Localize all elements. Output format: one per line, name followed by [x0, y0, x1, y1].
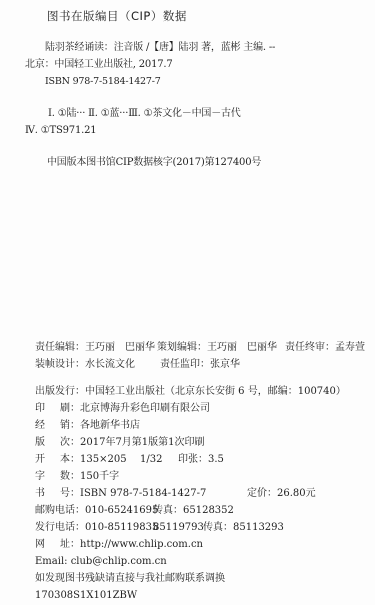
pub-value: 150千字	[80, 471, 119, 483]
pub-label: 邮购电话：	[35, 505, 85, 517]
pub-row-distributor: 出版发行： 中国轻工业出版社（北京东长安街 6 号，邮编：100740）	[35, 386, 346, 398]
pub-notice: 如发现图书残缺请直接与我社邮购联系调换	[35, 573, 225, 585]
pub-row-distribution-phone: 发行电话： 010-85119835 85119793 传真：85113293	[35, 522, 284, 534]
pub-email: Email: club@chlip.com.cn	[35, 556, 167, 568]
credits-row-2: 装帧设计： 水长流文化 责任监印： 张京华	[35, 359, 240, 371]
print-supervisor-label: 责任监印：	[160, 359, 210, 371]
pub-row-website: 网址： http://www.chlip.com.cn	[35, 539, 203, 551]
pub-label: 书号：	[35, 488, 80, 500]
pub-label: 网址：	[35, 539, 80, 551]
pub-fax: 传真：85113293	[203, 522, 284, 534]
pub-value: 2017年7月第1版第1次印刷	[80, 437, 205, 449]
credits-row-1: 责任编辑： 王巧丽 巴丽华 策划编辑： 王巧丽 巴丽华 责任终审： 孟寿萱	[35, 342, 365, 354]
pub-phone-2: 85119793	[153, 522, 203, 534]
pub-value: ISBN 978-7-5184-1427-7	[80, 488, 247, 500]
pub-sheets: 印张：3.5	[178, 454, 224, 466]
pub-row-seller: 经销： 各地新华书店	[35, 420, 140, 432]
final-review-value: 孟寿萱	[335, 342, 365, 354]
pub-fax: 传真：65128352	[153, 505, 234, 517]
pub-value: 北京博海升彩色印刷有限公司	[80, 403, 210, 415]
pub-label: 发行电话：	[35, 522, 85, 534]
planner-value: 王巧丽 巴丽华	[207, 342, 285, 354]
pub-price: 定价：26.80元	[247, 488, 316, 500]
pub-row-printer: 印刷： 北京博海升彩色印刷有限公司	[35, 403, 210, 415]
cip-classification-2: Ⅳ. ①TS971.21	[25, 125, 96, 137]
pub-format-size: 1/32	[140, 454, 178, 466]
pub-row-mail-order: 邮购电话： 010-65241695 传真：65128352	[35, 505, 234, 517]
design-label: 装帧设计：	[35, 359, 85, 371]
final-review-label: 责任终审：	[285, 342, 335, 354]
editor-label: 责任编辑：	[35, 342, 85, 354]
editor-value: 王巧丽 巴丽华	[85, 342, 157, 354]
cip-title: 图书在版编目（CIP）数据	[47, 8, 187, 24]
pub-value: 010-65241695	[85, 505, 153, 517]
print-supervisor-value: 张京华	[210, 359, 240, 371]
cip-classification-1: Ⅰ. ①陆··· Ⅱ. ①蓝···Ⅲ. ①茶文化－中国－古代	[48, 108, 241, 120]
pub-label: 印刷：	[35, 403, 80, 415]
pub-row-format: 开本： 135×205 1/32 印张：3.5	[35, 454, 224, 466]
pub-row-wordcount: 字数： 150千字	[35, 471, 119, 483]
pub-value: 中国轻工业出版社（北京东长安街 6 号，邮编：100740）	[85, 386, 346, 398]
cip-isbn: ISBN 978-7-5184-1427-7	[45, 76, 161, 88]
website-link: http://www.chlip.com.cn	[80, 539, 203, 551]
cip-verification-number: 中国版本图书馆CIP数据核字(2017)第127400号	[47, 157, 261, 169]
cip-line-publisher: 北京：中国轻工业出版社, 2017.7	[25, 59, 173, 71]
pub-label: 版次：	[35, 437, 80, 449]
pub-value: 135×205	[80, 454, 140, 466]
pub-label: 出版发行：	[35, 386, 85, 398]
pub-label: 字数：	[35, 471, 80, 483]
pub-row-edition: 版次： 2017年7月第1版第1次印刷	[35, 437, 205, 449]
pub-label: 开本：	[35, 454, 80, 466]
pub-value: 010-85119835	[85, 522, 153, 534]
pub-value: 各地新华书店	[80, 420, 140, 432]
pub-row-isbn: 书号： ISBN 978-7-5184-1427-7 定价：26.80元	[35, 488, 316, 500]
pub-label: 经销：	[35, 420, 80, 432]
cip-line-title-author: 陆羽茶经诵读：注音版 /【唐】陆羽 著，蓝彬 主编. --	[45, 42, 275, 54]
design-value: 水长流文化	[85, 359, 160, 371]
planner-label: 策划编辑：	[157, 342, 207, 354]
pub-code: 170308S1X101ZBW	[35, 590, 137, 602]
